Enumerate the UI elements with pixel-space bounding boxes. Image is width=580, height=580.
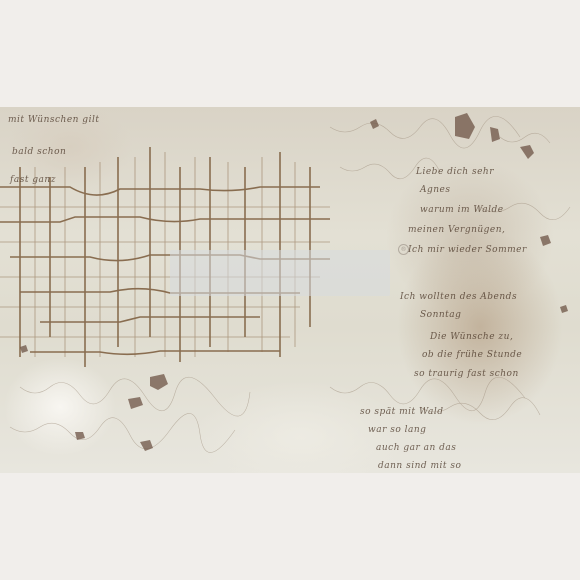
script-line: meinen Vergnügen,	[408, 225, 505, 235]
script-line: Ich mir wieder Sommer	[408, 245, 527, 255]
script-line: Sonntag	[420, 310, 461, 320]
script-line: warum im Walde	[420, 205, 504, 215]
script-line: ob die frühe Stunde	[422, 350, 522, 360]
registered-mark-icon: ®	[398, 244, 409, 255]
crackle-texture-artwork: mit Wünschen gilt bald schon fast ganz L…	[0, 107, 580, 473]
script-line: so spät mit Wald	[360, 407, 444, 417]
script-line: Liebe dich sehr	[416, 167, 494, 177]
script-line: Agnes	[420, 185, 451, 195]
script-line: so traurig fast schon	[414, 369, 519, 379]
script-line: bald schon	[12, 147, 66, 157]
brand-watermark	[170, 250, 390, 296]
script-line: auch gar an das	[376, 443, 456, 453]
script-line: dann sind mit so	[378, 461, 461, 471]
script-line: fast ganz	[10, 175, 56, 185]
script-line: Ich wollten des Abends	[400, 292, 517, 302]
script-line: war so lang	[368, 425, 426, 435]
script-line: mit Wünschen gilt	[8, 115, 99, 125]
script-line: Die Wünsche zu,	[430, 332, 513, 342]
